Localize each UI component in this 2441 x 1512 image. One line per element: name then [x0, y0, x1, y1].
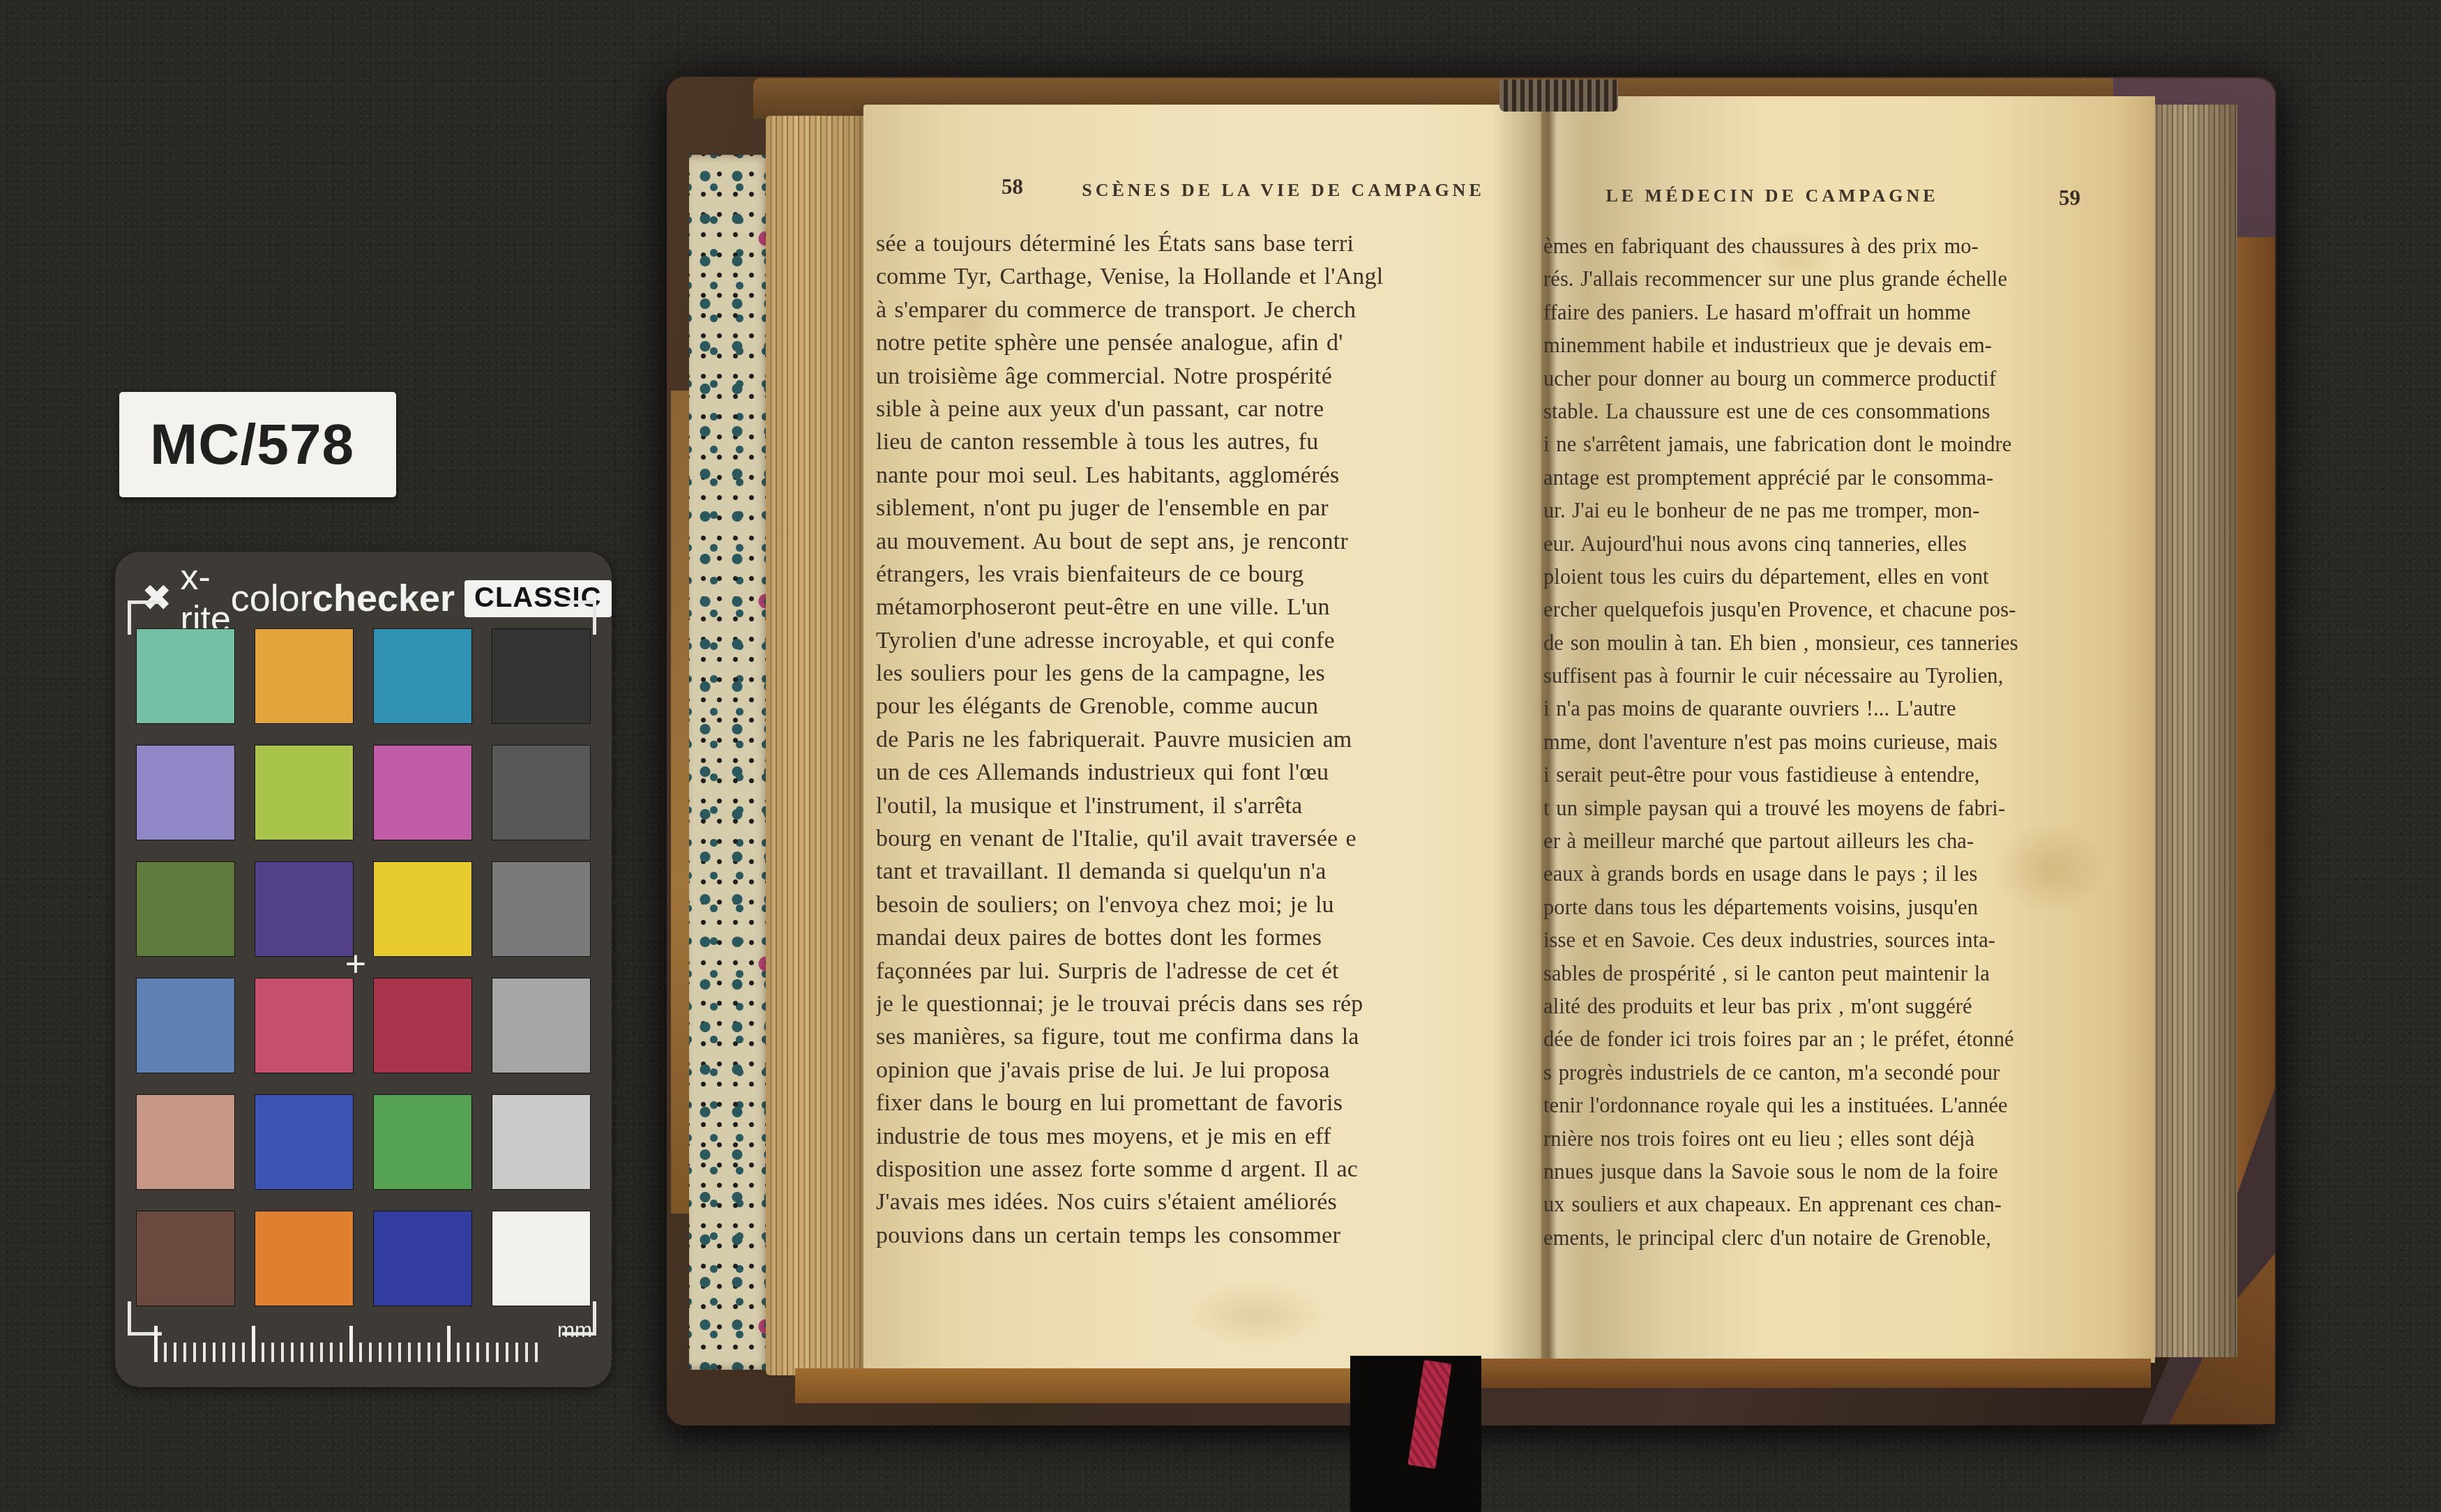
color-patch	[492, 628, 591, 724]
ruler-major-ticks	[154, 1326, 545, 1362]
left-page-text: sée a toujours déterminé les États sans …	[876, 227, 1541, 1260]
mm-ruler	[154, 1322, 545, 1362]
text-line: pour les élégants de Grenoble, comme auc…	[876, 690, 1541, 723]
text-line: besoin de souliers; on l'envoya chez moi…	[876, 889, 1541, 921]
text-line: étrangers, les vrais bienfaiteurs de ce …	[876, 558, 1541, 591]
text-line: comme Tyr, Carthage, Venise, la Hollande…	[876, 260, 1541, 293]
text-line: dée de fonder ici trois foires par an ; …	[1543, 1023, 2153, 1056]
colorchecker-header: ✖ x-rite colorchecker CLASSIC	[142, 574, 588, 623]
text-line: industrie de tous mes moyens, et je mis …	[876, 1120, 1541, 1153]
text-line: eur. Aujourd'hui nous avons cinq tanneri…	[1543, 528, 2153, 561]
text-line: l'outil, la musique et l'instrument, il …	[876, 789, 1541, 822]
left-running-head: SCÈNES DE LA VIE DE CAMPAGNE	[1011, 180, 1555, 201]
color-patch	[136, 978, 235, 1073]
color-patch	[373, 745, 472, 840]
text-line: au mouvement. Au bout de sept ans, je re…	[876, 525, 1541, 558]
color-patch	[373, 1211, 472, 1306]
color-patch	[492, 1211, 591, 1306]
text-line: s progrès industriels de ce canton, m'a …	[1543, 1057, 2153, 1089]
right-running-head: LE MÉDECIN DE CAMPAGNE	[1587, 186, 1957, 206]
color-patch	[136, 1094, 235, 1190]
foxing-stain	[1186, 1283, 1325, 1346]
text-line: ercher quelquefois jusqu'en Provence, et…	[1543, 594, 2153, 626]
text-line: er à meilleur marché que partout ailleur…	[1543, 825, 2153, 858]
color-patch	[136, 861, 235, 957]
text-line: un troisième âge commercial. Notre prosp…	[876, 360, 1541, 393]
text-line: mme, dont l'aventure n'est pas moins cur…	[1543, 726, 2153, 759]
text-line: stable. La chaussure est une de ces cons…	[1543, 395, 2153, 428]
text-line: isse et en Savoie. Ces deux industries, …	[1543, 924, 2153, 957]
marbled-endpaper	[689, 155, 771, 1370]
text-line: pouvions dans un certain temps les conso…	[876, 1219, 1541, 1252]
text-line: de Paris ne les fabriquerait. Pauvre mus…	[876, 723, 1541, 756]
color-patch	[373, 861, 472, 957]
shelfmark-text: MC/578	[119, 412, 354, 478]
text-line: antage est promptement apprécié par le c…	[1543, 462, 2153, 494]
color-patch	[255, 861, 354, 957]
right-fore-edge	[2152, 105, 2237, 1357]
text-line: sables de prospérité , si le canton peut…	[1543, 958, 2153, 990]
text-line: ucher pour donner au bourg un commerce p…	[1543, 363, 2153, 395]
text-line: notre petite sphère une pensée analogue,…	[876, 326, 1541, 359]
text-line: i ne s'arrêtent jamais, une fabrication …	[1543, 428, 2153, 461]
text-line: sible à peine aux yeux d'un passant, car…	[876, 393, 1541, 425]
color-patch	[136, 1211, 235, 1306]
color-patch	[373, 1094, 472, 1190]
text-line: bourg en venant de l'Italie, qu'il avait…	[876, 822, 1541, 855]
text-line: opinion que j'avais prise de lui. Je lui…	[876, 1054, 1541, 1087]
colorchecker-card: ✖ x-rite colorchecker CLASSIC + mm	[115, 552, 612, 1387]
text-line: un de ces Allemands industrieux qui font…	[876, 756, 1541, 789]
text-line: èmes en fabriquant des chaussures à des …	[1543, 230, 2153, 263]
color-patch	[255, 1211, 354, 1306]
text-line: métamorphoseront peut-être en une ville.…	[876, 591, 1541, 623]
color-patch	[492, 745, 591, 840]
copy-stand-photo: 58 SCÈNES DE LA VIE DE CAMPAGNE LE MÉDEC…	[0, 0, 2441, 1512]
xrite-brand-text: x-rite	[181, 557, 231, 640]
text-line: minemment habile et industrieux que je d…	[1543, 329, 2153, 362]
text-line: les souliers pour les gens de la campagn…	[876, 657, 1541, 690]
center-cross-mark: +	[342, 951, 370, 978]
text-line: Tyrolien d'une adresse incroyable, et qu…	[876, 624, 1541, 657]
text-line: rnière nos trois foires ont eu lieu ; el…	[1543, 1123, 2153, 1156]
shelfmark-label: MC/578	[119, 392, 396, 497]
colorchecker-title: colorchecker	[231, 577, 455, 620]
text-line: ur. J'ai eu le bonheur de ne pas me trom…	[1543, 494, 2153, 527]
text-line: suffisent pas à fournir le cuir nécessai…	[1543, 660, 2153, 693]
text-line: ploient tous les cuirs du département, e…	[1543, 561, 2153, 594]
text-line: tant et travaillant. Il demanda si quelq…	[876, 855, 1541, 888]
color-patch	[373, 978, 472, 1073]
text-line: nnues jusque dans la Savoie sous le nom …	[1543, 1156, 2153, 1188]
color-patch	[492, 861, 591, 957]
headband	[1499, 80, 1618, 112]
text-line: ses manières, sa figure, tout me confirm…	[876, 1020, 1541, 1053]
text-line: siblement, n'ont pu juger de l'ensemble …	[876, 492, 1541, 524]
text-line: disposition une assez forte somme d arge…	[876, 1153, 1541, 1186]
text-line: alité des produits et leur bas prix , m'…	[1543, 990, 2153, 1023]
text-line: i serait peut-être pour vous fastidieuse…	[1543, 759, 2153, 792]
text-line: ffaire des paniers. Le hasard m'offrait …	[1543, 296, 2153, 329]
text-line: façonnées par lui. Surpris de l'adresse …	[876, 955, 1541, 988]
text-line: à s'emparer du commerce de transport. Je…	[876, 294, 1541, 326]
text-line: fixer dans le bourg en lui promettant de…	[876, 1087, 1541, 1119]
color-patch	[255, 628, 354, 724]
text-line: lieu de canton ressemble à tous les autr…	[876, 425, 1541, 458]
text-line: J'avais mes idées. Nos cuirs s'étaient a…	[876, 1186, 1541, 1218]
text-line: je le questionnai; je le trouvai précis …	[876, 988, 1541, 1020]
color-patch	[136, 628, 235, 724]
text-line: mandai deux paires de bottes dont les fo…	[876, 921, 1541, 954]
text-line: ements, le principal clerc d'un notaire …	[1543, 1222, 2153, 1255]
text-line: eaux à grands bords en usage dans le pay…	[1543, 858, 2153, 891]
colorchecker-title-bold: checker	[312, 577, 455, 619]
right-page-number: 59	[2059, 186, 2080, 211]
left-page-edges	[766, 116, 868, 1375]
color-patch	[492, 1094, 591, 1190]
text-line: porte dans tous les départements voisins…	[1543, 891, 2153, 924]
color-patch	[492, 978, 591, 1073]
text-line: i n'a pas moins de quarante ouvriers !..…	[1543, 693, 2153, 725]
book-cover-bottom-edge-right	[1481, 1359, 2151, 1388]
text-line: de son moulin à tan. Eh bien , monsieur,…	[1543, 627, 2153, 660]
text-line: t un simple paysan qui a trouvé les moye…	[1543, 792, 2153, 825]
text-line: tenir l'ordonnance royale qui les a inst…	[1543, 1089, 2153, 1122]
text-line: rés. J'allais recommencer sur une plus g…	[1543, 263, 2153, 296]
color-patch	[255, 745, 354, 840]
text-line: ux souliers et aux chapeaux. En apprenan…	[1543, 1188, 2153, 1221]
color-patch	[255, 978, 354, 1073]
right-page-text: èmes en fabriquant des chaussures à des …	[1543, 230, 2153, 1262]
ruler-unit-label: mm	[557, 1319, 592, 1343]
color-patch	[136, 745, 235, 840]
color-patch	[373, 628, 472, 724]
text-line: sée a toujours déterminé les États sans …	[876, 227, 1541, 260]
text-line: nante pour moi seul. Les habitants, aggl…	[876, 459, 1541, 492]
color-patch	[255, 1094, 354, 1190]
colorchecker-title-light: color	[231, 577, 312, 619]
